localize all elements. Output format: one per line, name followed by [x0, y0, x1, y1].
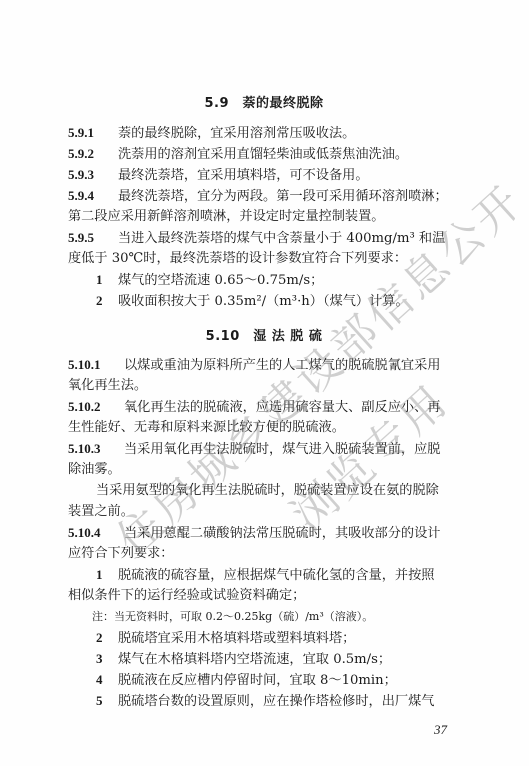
clause-5-10-3: 5.10.3当采用氧化再生法脱硫时，煤气进入脱硫装置前，应脱 — [68, 439, 441, 460]
clause-number: 5.9.4 — [68, 186, 118, 206]
item-number: 1 — [96, 270, 118, 290]
list-item-2: 2脱硫塔宜采用木格填料塔或塑料填料塔； — [96, 628, 355, 649]
clause-5-10-3-continued: 除油雾。 — [68, 460, 121, 480]
list-item-3: 3煤气在木格填料塔内空塔流速，宜取 0.5m/s； — [96, 649, 391, 670]
item-text: 煤气在木格填料塔内空塔流速，宜取 0.5m/s； — [118, 652, 391, 667]
item-text: 脱硫液的硫容量，应根据煤气中硫化氢的含量，并按照 — [118, 568, 435, 583]
clause-text: 洗萘用的溶剂宜采用直馏轻柴油或低萘焦油洗油。 — [118, 147, 408, 162]
paragraph-ammonia: 当采用氨型的氧化再生法脱硫时，脱硫装置应设在氨的脱除 — [96, 481, 439, 501]
clause-5-10-1: 5.10.1以煤或重油为原料所产生的人工煤气的脱硫脱氰宜采用 — [68, 355, 441, 376]
clause-text: 萘的最终脱除，宜采用溶剂常压吸收法。 — [118, 126, 355, 141]
item-number: 1 — [96, 565, 118, 585]
item-text: 脱硫塔宜采用木格填料塔或塑料填料塔； — [118, 631, 355, 646]
section-heading-5-9: 5.9 萘的最终脱除 — [68, 92, 460, 111]
clause-5-9-5: 5.9.5当进入最终洗萘塔的煤气中含萘量小于 400mg/m³ 和温 — [68, 228, 445, 249]
paragraph-ammonia-continued: 装置之前。 — [68, 502, 134, 522]
item-number: 3 — [96, 649, 118, 669]
clause-5-10-4: 5.10.4当采用蒽醌二磺酸钠法常压脱硫时，其吸收部分的设计 — [68, 523, 441, 544]
clause-number: 5.10.3 — [68, 439, 124, 459]
item-number: 2 — [96, 628, 118, 648]
item-text: 吸收面积按大于 0.35m²/（m³·h）（煤气）计算。 — [118, 294, 409, 309]
clause-5-9-3: 5.9.3最终洗萘塔，宜采用填料塔，可不设备用。 — [68, 165, 369, 186]
clause-5-9-5-continued: 度低于 30℃时，最终洗萘塔的设计参数宜符合下列要求： — [68, 249, 407, 269]
clause-5-10-4-continued: 应符合下列要求： — [68, 544, 174, 564]
item-number: 2 — [96, 291, 118, 311]
clause-number: 5.10.2 — [68, 397, 124, 417]
clause-number: 5.10.4 — [68, 523, 124, 543]
item-number: 5 — [96, 691, 118, 711]
clause-text: 以煤或重油为原料所产生的人工煤气的脱硫脱氰宜采用 — [124, 358, 441, 373]
clause-5-9-1: 5.9.1萘的最终脱除，宜采用溶剂常压吸收法。 — [68, 123, 355, 144]
list-item-1-continued: 相似条件下的运行经验或试验资料确定； — [68, 586, 305, 606]
document-page: 5.9 萘的最终脱除 5.9.1萘的最终脱除，宜采用溶剂常压吸收法。 5.9.2… — [0, 0, 529, 766]
clause-number: 5.10.1 — [68, 355, 124, 375]
note: 注：当无资料时，可取 0.2～0.25kg（硫）/m³（溶液）。 — [92, 607, 373, 627]
section-heading-5-10: 5.10 湿 法 脱 硫 — [68, 325, 460, 344]
clause-5-9-4-continued: 第二段应采用新鲜溶剂喷淋，并设定时定量控制装置。 — [68, 207, 385, 227]
clause-number: 5.9.1 — [68, 123, 118, 143]
list-item-5: 5脱硫塔台数的设置原则，应在操作塔检修时，出厂煤气 — [96, 691, 435, 712]
clause-5-10-2: 5.10.2氧化再生法的脱硫液，应选用硫容量大、副反应小、再 — [68, 397, 441, 418]
list-item-1: 1脱硫液的硫容量，应根据煤气中硫化氢的含量，并按照 — [96, 565, 435, 586]
item-number: 4 — [96, 670, 118, 690]
clause-5-9-2: 5.9.2洗萘用的溶剂宜采用直馏轻柴油或低萘焦油洗油。 — [68, 144, 408, 165]
list-item-2: 2吸收面积按大于 0.35m²/（m³·h）（煤气）计算。 — [96, 291, 409, 312]
list-item-4: 4脱硫液在反应槽内停留时间，宜取 8～10min； — [96, 670, 397, 691]
clause-text: 最终洗萘塔，宜采用填料塔，可不设备用。 — [118, 168, 369, 183]
item-text: 脱硫液在反应槽内停留时间，宜取 8～10min； — [118, 673, 397, 688]
item-text: 脱硫塔台数的设置原则，应在操作塔检修时，出厂煤气 — [118, 694, 435, 709]
item-text: 煤气的空塔流速 0.65～0.75m/s； — [118, 273, 323, 288]
clause-5-10-1-continued: 氧化再生法。 — [68, 376, 147, 396]
clause-text: 当进入最终洗萘塔的煤气中含萘量小于 400mg/m³ 和温 — [118, 231, 445, 246]
clause-text: 当采用蒽醌二磺酸钠法常压脱硫时，其吸收部分的设计 — [124, 526, 441, 541]
clause-text: 当采用氧化再生法脱硫时，煤气进入脱硫装置前，应脱 — [124, 442, 441, 457]
clause-5-10-2-continued: 生性能好、无毒和原料来源比较方便的脱硫液。 — [68, 418, 345, 438]
clause-text: 最终洗萘塔，宜分为两段。第一段可采用循环溶剂喷淋； — [118, 189, 448, 204]
clause-number: 5.9.5 — [68, 228, 118, 248]
clause-number: 5.9.2 — [68, 144, 118, 164]
clause-5-9-4: 5.9.4最终洗萘塔，宜分为两段。第一段可采用循环溶剂喷淋； — [68, 186, 448, 207]
list-item-1: 1煤气的空塔流速 0.65～0.75m/s； — [96, 270, 323, 291]
clause-number: 5.9.3 — [68, 165, 118, 185]
clause-text: 氧化再生法的脱硫液，应选用硫容量大、副反应小、再 — [124, 400, 441, 415]
page-number: 37 — [434, 722, 447, 738]
